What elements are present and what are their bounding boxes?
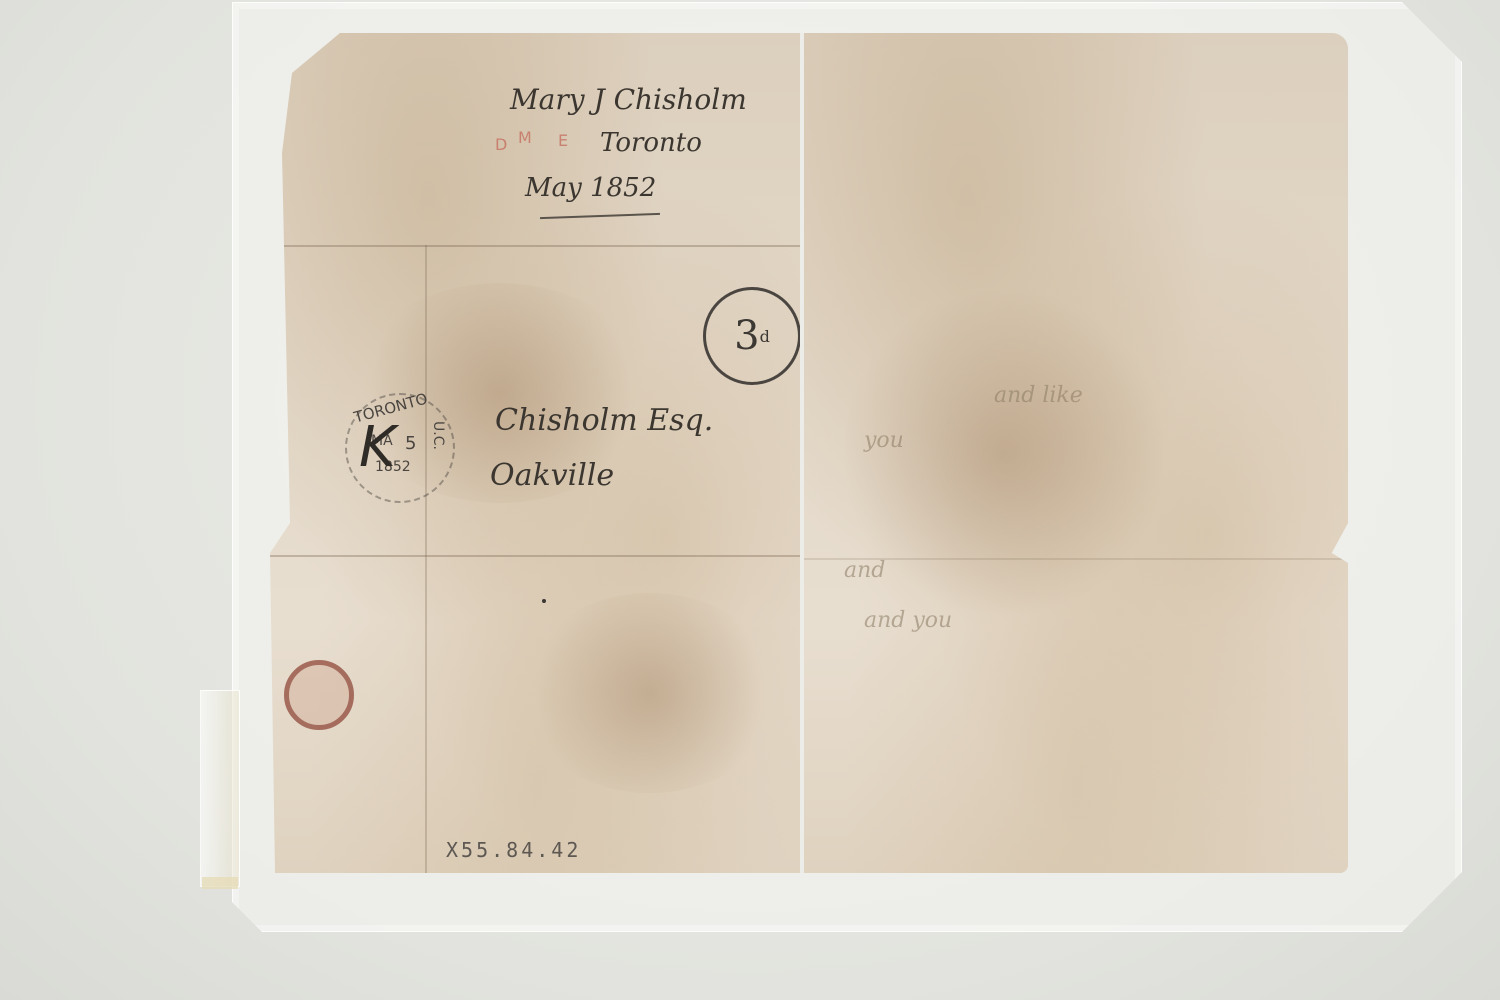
fold-line <box>804 558 1348 560</box>
sleeve-edge <box>200 690 240 887</box>
sleeve-edge-tint <box>202 877 238 889</box>
stain <box>844 283 1164 623</box>
center-gutter <box>800 33 804 873</box>
ink-spot <box>542 599 546 603</box>
letter-body-panel: and like you and and you <box>804 33 1348 873</box>
rate-mark-stamp: 3d <box>703 287 800 385</box>
address-recipient: Chisholm Esq. <box>495 403 713 438</box>
folded-letter: Mary J Chisholm Toronto May 1852 D M E 3… <box>270 33 1350 873</box>
red-postmark-letter: D <box>495 135 507 154</box>
fold-line <box>270 245 800 247</box>
wax-seal-remnant <box>284 660 354 730</box>
letter-text-fragment: and <box>844 558 885 583</box>
rate-value: 3 <box>734 313 759 359</box>
address-town: Oakville <box>490 458 614 493</box>
red-postmark-letter: M <box>518 128 532 147</box>
docket-line-1: Mary J Chisholm <box>510 83 747 116</box>
accession-number: X55.84.42 <box>446 838 581 862</box>
postmark-day: 5 <box>405 433 416 454</box>
postmark-overwrite: K <box>359 415 396 480</box>
red-postmark-letter: E <box>558 131 568 150</box>
docket-underline <box>540 213 660 219</box>
letter-text-fragment: you <box>864 428 904 453</box>
postmark-province: U.C. <box>430 421 446 450</box>
stain <box>520 593 780 793</box>
letter-text-fragment: and like <box>994 383 1083 408</box>
address-panel: Mary J Chisholm Toronto May 1852 D M E 3… <box>270 33 800 873</box>
rate-unit: d <box>760 327 770 346</box>
toronto-postmark: TORONTO U.C. MA 5 1852 K <box>345 393 455 503</box>
docket-line-3: May 1852 <box>525 173 656 203</box>
fold-line <box>270 555 800 557</box>
letter-text-fragment: and you <box>864 608 952 633</box>
docket-line-2: Toronto <box>600 128 702 158</box>
